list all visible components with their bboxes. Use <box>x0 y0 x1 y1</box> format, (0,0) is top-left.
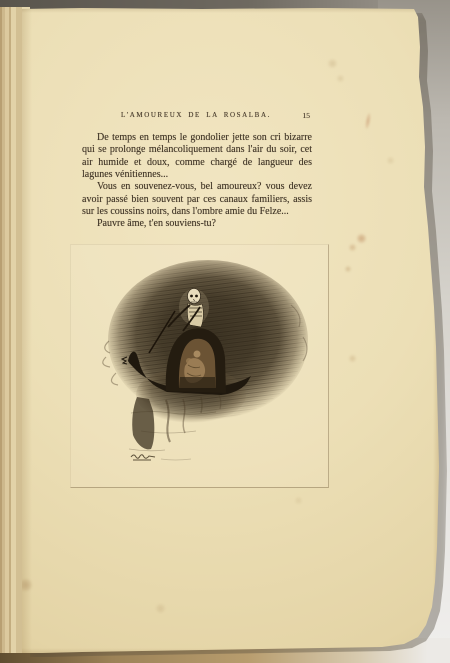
book-page: L'AMOUREUX DE LA ROSALBA. 15 De temps en… <box>22 7 442 656</box>
foxing-spot <box>328 59 337 68</box>
foxing-spot <box>357 234 366 243</box>
foxing-spot <box>337 75 344 82</box>
paragraph-3: Pauvre âme, t'en souviens-tu? <box>82 218 312 230</box>
foxing-spot <box>349 244 356 251</box>
skull <box>188 289 201 304</box>
etching-plate: Etching of a skeleton gondolier standing… <box>70 244 329 488</box>
foxing-spot <box>387 157 394 164</box>
artist-signature <box>131 455 155 460</box>
running-head: L'AMOUREUX DE LA ROSALBA. 15 <box>80 111 312 123</box>
foxing-spot <box>365 113 372 129</box>
page-number: 15 <box>303 111 311 120</box>
foxing-spot <box>345 266 351 272</box>
foxing-spot <box>295 497 302 504</box>
foxing-spot <box>156 604 165 613</box>
paragraph-1: De temps en temps le gondolier jette son… <box>82 132 312 181</box>
foxing-spot <box>349 355 356 362</box>
paragraph-2: Vous en souvenez-vous, bel amoureux? vou… <box>82 181 312 218</box>
gondola-etching: Etching of a skeleton gondolier standing… <box>71 245 328 487</box>
page-header-title: L'AMOUREUX DE LA ROSALBA. <box>80 111 312 119</box>
body-text: De temps en temps le gondolier jette son… <box>82 132 312 231</box>
